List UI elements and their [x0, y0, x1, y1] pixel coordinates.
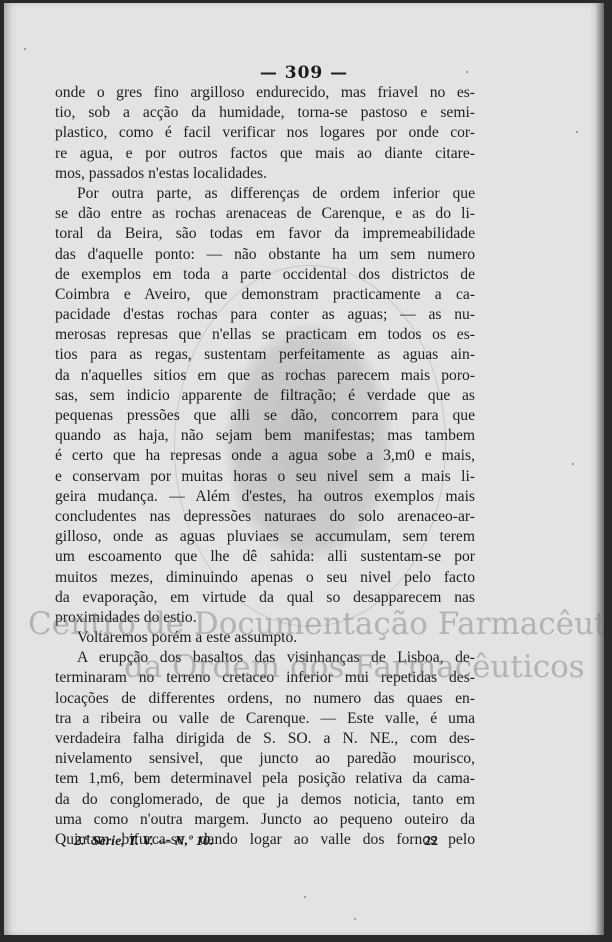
text-line: tios para as regas, sustentam perfeitame… — [55, 345, 475, 365]
text-line: Por outra parte, as differenças de ordem… — [55, 184, 475, 204]
text-line: tem 1,m6, bem determinavel pela posição … — [55, 769, 475, 789]
footer: 2.ª Serie, T. V. — N.º 10. 22 — [74, 834, 454, 850]
text-line: gilloso, onde as aguas pluviaes se accum… — [55, 527, 475, 547]
text-line: pacidade d'estas rochas para conter as a… — [55, 305, 475, 325]
text-line: se dão entre as rochas arenaceas de Care… — [55, 204, 475, 224]
text-line: tra a ribeira ou valle de Carenque. — Es… — [55, 709, 475, 729]
watermark-line-1: Centro de Documentação Farmacêutica — [28, 606, 604, 642]
text-line: onde o gres fino argilloso endurecido, m… — [55, 83, 475, 103]
text-line: da do conglomerado, de que ja demos noti… — [55, 790, 475, 810]
text-line: e conservam por muitas horas o seu nivel… — [55, 467, 475, 487]
footer-signature-mark: 22 — [424, 834, 438, 850]
text-line: verdadeira falha dirigida de S. SO. a N.… — [55, 729, 475, 749]
book-page: — 309 — onde o gres fino argilloso endur… — [4, 3, 604, 935]
text-line: geira mudança. — Além d'estes, ha outros… — [55, 487, 475, 507]
watermark-line-2: da Ordem dos Farmacêuticos — [124, 649, 585, 685]
text-line: de exemplos em toda a parte occidental d… — [55, 265, 475, 285]
text-line: plastico, como é facil verificar nos log… — [55, 123, 475, 143]
text-line: tio, sob a acção da humidade, torna-se p… — [55, 103, 475, 123]
text-line: toral da Beira, são todas em favor da im… — [55, 224, 475, 244]
text-line: sas, sem indicio apparente de filtração;… — [55, 386, 475, 406]
text-line: mos, passados n'estas localidades. — [55, 164, 475, 184]
text-line: quando as haja, não sejam bem manifestas… — [55, 426, 475, 446]
text-line: merosas represas que n'ellas se practica… — [55, 325, 475, 345]
text-line: da evaporação, em virtude da qual so des… — [55, 588, 475, 608]
text-line: um escoamento que lhe dê sahida: alli su… — [55, 547, 475, 567]
page-edge-shadow — [596, 3, 604, 935]
text-line: Coimbra e Aveiro, que demonstram practic… — [55, 285, 475, 305]
text-line: das d'aquelle ponto: — não obstante ha u… — [55, 245, 475, 265]
text-line: da n'aquelles sitios em que as rochas pa… — [55, 366, 475, 386]
text-line: re agua, e por outros factos que mais ao… — [55, 144, 475, 164]
text-line: é certo que ha represas onde a agua sobe… — [55, 446, 475, 466]
text-line: uma como n'outra margem. Juncto ao peque… — [55, 810, 475, 830]
page-number: — 309 — — [4, 63, 604, 83]
text-line: muitos mezes, diminuindo apenas o seu ni… — [55, 568, 475, 588]
footer-series: 2.ª Serie, T. V. — N.º 10. — [74, 834, 213, 849]
text-line: pequenas pressões que alli se dão, conco… — [55, 406, 475, 426]
text-line: nivelamento sensivel, que juncto ao pare… — [55, 749, 475, 769]
body-text: onde o gres fino argilloso endurecido, m… — [55, 83, 475, 850]
text-line: locações de differentes ordens, no numer… — [55, 689, 475, 709]
text-line: concludentes nas depressões naturaes do … — [55, 507, 475, 527]
